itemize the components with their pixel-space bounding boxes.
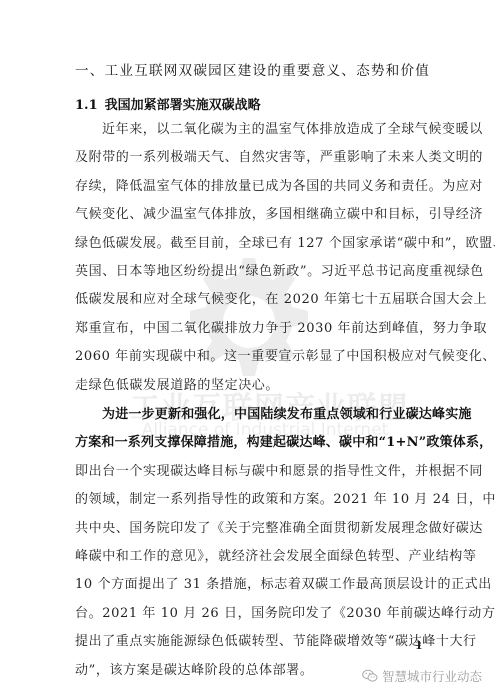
subsection-number: 1.1 <box>75 98 98 113</box>
text-line: 走绿色低碳发展道路的坚定决心。 <box>75 372 420 400</box>
bold-text-line: 为进一步更新和强化，中国陆续发布重点领域和行业碳达峰实施 <box>75 401 420 429</box>
text-line: 近年来，以二氧化碳为主的温室气体排放造成了全球气候变暖以 <box>75 116 420 144</box>
text-line: 存续，降低温室气体的排放量已成为各国的共同义务和责任。为应对 <box>75 173 420 201</box>
text-line: 气候变化、减少温室气体排放，多国相继确立碳中和目标，引导经济 <box>75 201 420 229</box>
paragraph-2: 为进一步更新和强化，中国陆续发布重点领域和行业碳达峰实施 方案和一系列支撑保障措… <box>75 401 420 685</box>
section-heading: 一、工业互联网双碳园区建设的重要意义、态势和价值 <box>75 59 430 79</box>
text-line: 的领域，制定一系列指导性的政策和方案。2021 年 10 月 24 日，中 <box>75 486 420 514</box>
document-page: 工业互联网产业联盟 Alliance of Industrial Interne… <box>0 0 495 700</box>
text-line: 提出了重点实施能源绿色低碳转型、节能降碳增效等“碳达峰十大行 <box>75 628 420 656</box>
subsection-heading: 1.1我国加紧部署实施双碳战略 <box>75 94 261 113</box>
text-line: 即出台一个实现碳达峰目标与碳中和愿景的指导性文件，并根据不同 <box>75 458 420 486</box>
bold-text-line: 方案和一系列支撑保障措施，构建起碳达峰、碳中和“1+N”政策体系， <box>75 429 420 457</box>
source-badge-label: 智慧城市行业动态 <box>382 667 482 685</box>
text-line: 低碳发展和应对全球气候变化，在 2020 年第七十五届联合国大会上 <box>75 286 420 314</box>
source-badge: 智慧城市行业动态 <box>362 667 482 685</box>
text-line: 峰碳中和工作的意见》，就经济社会发展全面绿色转型、产业结构等 <box>75 543 420 571</box>
wechat-icon <box>362 669 378 683</box>
text-line: 绿色低碳发展。截至目前，全球已有 127 个国家承诺“碳中和”，欧盟、 <box>75 230 420 258</box>
subsection-title: 我国加紧部署实施双碳战略 <box>105 98 261 113</box>
text-line: 共中央、国务院印发了《关于完整准确全面贯彻新发展理念做好碳达 <box>75 515 420 543</box>
page-number: 1 <box>415 639 423 652</box>
paragraph-1: 近年来，以二氧化碳为主的温室气体排放造成了全球气候变暖以 及附带的一系列极端天气… <box>75 116 420 400</box>
text-line: 及附带的一系列极端天气、自然灾害等，严重影响了未来人类文明的 <box>75 144 420 172</box>
text-line: 台。2021 年 10 月 26 日，国务院印发了《2030 年前碳达峰行动方案… <box>75 600 420 628</box>
text-line: 郑重宣布，中国二氧化碳排放力争于 2030 年前达到峰值，努力争取 <box>75 315 420 343</box>
text-line: 10 个方面提出了 31 条措施，标志着双碳工作最高顶层设计的正式出 <box>75 571 420 599</box>
text-line: 2060 年前实现碳中和。这一重要宣示彰显了中国积极应对气候变化、 <box>75 343 420 371</box>
text-line: 英国、日本等地区纷纷提出“绿色新政”。习近平总书记高度重视绿色 <box>75 258 420 286</box>
